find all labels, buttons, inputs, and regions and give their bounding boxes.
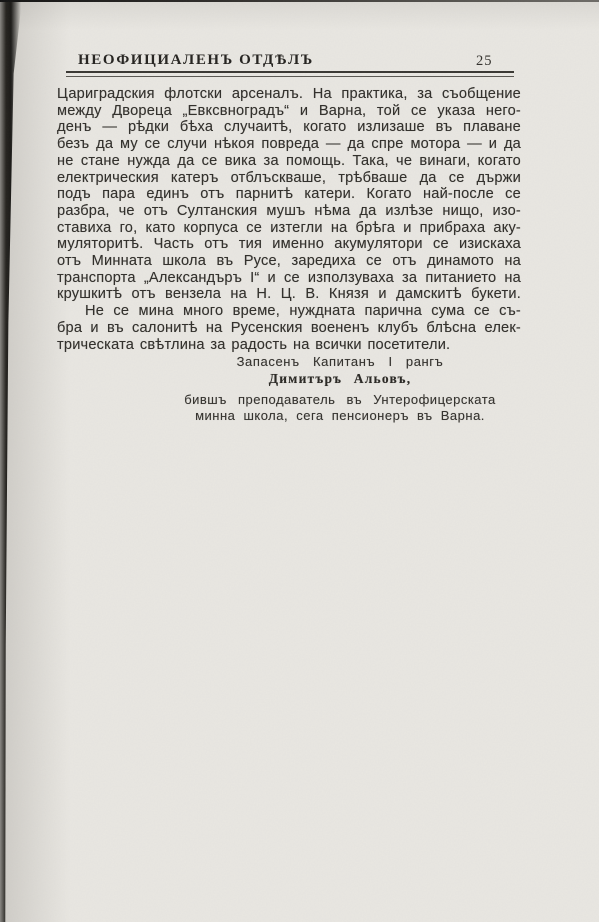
text-line: денъ — рѣдки бѣха случаитѣ, когато излиз… xyxy=(57,119,521,136)
paragraph-2: Не се мина много време, нуждната парична… xyxy=(57,303,521,353)
text-line: трическата свѣтлина за радость на всички… xyxy=(57,337,521,354)
text-line: разбра, че отъ Султанския мушъ нѣма да и… xyxy=(57,203,521,220)
scan-top-edge xyxy=(0,0,599,2)
signature-block: Запасенъ Капитанъ I рангъ Димитъръ Альов… xyxy=(140,354,540,423)
text-line: не стане нужда да се вика за помощь. Так… xyxy=(57,153,521,170)
text-line: подъ пара единъ отъ парнитѣ катери. Кога… xyxy=(57,186,521,203)
signature-title-line-1: бившъ преподаватель въ Унтерофицерската xyxy=(140,392,540,407)
page-body: Цариградския флотски арсеналъ. На практи… xyxy=(57,86,521,353)
text-line: ставиха го, като корпуса се изтегли на б… xyxy=(57,220,521,237)
page-binding-shadow xyxy=(0,0,22,922)
text-line: Цариградския флотски арсеналъ. На практи… xyxy=(57,86,521,103)
signature-rank-line: Запасенъ Капитанъ I рангъ xyxy=(140,354,540,369)
signature-name: Димитъръ Альовъ, xyxy=(140,371,540,387)
text-line: транспорта „Александъръ I“ и се използув… xyxy=(57,270,521,287)
signature-title-line-2: минна школа, сега пенсионеръ въ Варна. xyxy=(140,408,540,423)
page-number: 25 xyxy=(476,53,493,70)
text-line: между Двореца „Евксвноградъ“ и Варна, то… xyxy=(57,103,521,120)
header-section-title: НЕОФИЦИАЛЕНЪ ОТДѢЛЪ xyxy=(78,52,314,69)
text-line: отъ Минната школа въ Русе, заредиха се о… xyxy=(57,253,521,270)
text-line: електрическия катеръ отблъскваше, трѣбва… xyxy=(57,170,521,187)
paragraph-1: Цариградския флотски арсеналъ. На практи… xyxy=(57,86,521,303)
text-line: муляторитѣ. Часть отъ тия именно акумуля… xyxy=(57,236,521,253)
text-line: крушкитѣ отъ вензела на Н. Ц. В. Князя и… xyxy=(57,286,521,303)
header-rule xyxy=(66,71,514,77)
text-line: безъ да му се случи нѣкоя повреда — да с… xyxy=(57,136,521,153)
text-line: бра и въ салонитѣ на Русенския воененъ к… xyxy=(57,320,521,337)
scanned-page: НЕОФИЦИАЛЕНЪ ОТДѢЛЪ 25 Цариградския флот… xyxy=(0,0,599,922)
text-line: Не се мина много време, нуждната парична… xyxy=(57,303,521,320)
